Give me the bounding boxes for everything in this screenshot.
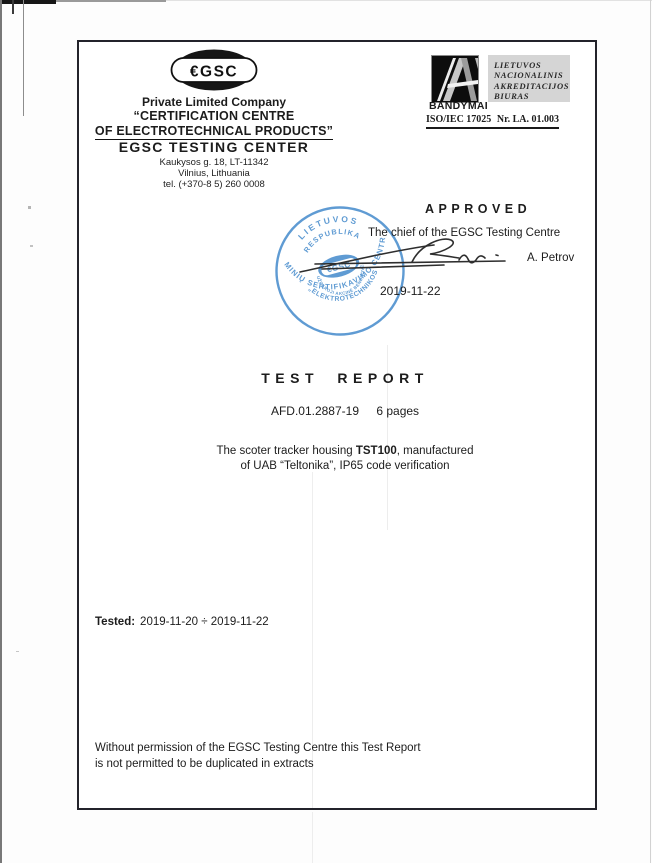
copyright-note: Without permission of the EGSC Testing C… [95, 741, 421, 772]
address-line-3: tel. (+370-8 5) 260 0008 [93, 179, 335, 190]
bandymai-label: BANDYMAI [429, 100, 488, 112]
report-title: TEST REPORT [87, 370, 603, 386]
report-number: AFD.01.2887-19 [271, 404, 359, 418]
scan-artifact-left-edge [0, 0, 2, 863]
tested-line: Tested:2019-11-20 ÷ 2019-11-22 [95, 616, 269, 628]
report-subject-line2: of UAB “Teltonika”, IP65 code verificati… [87, 459, 603, 474]
bureau-line-1: LIETUVOS [494, 60, 570, 70]
scan-artifact-gray-bar [56, 0, 166, 2]
scan-artifact-speck [28, 206, 31, 209]
scanned-page: €GSC Private Limited Company “CERTIFICAT… [0, 0, 652, 863]
scan-artifact-line [23, 0, 24, 116]
accreditation-logo-icon [431, 55, 479, 103]
scan-artifact-speck [30, 245, 33, 247]
copyright-line-2: is not permitted to be duplicated in ext… [95, 757, 421, 773]
copyright-line-1: Without permission of the EGSC Testing C… [95, 741, 421, 757]
tested-dates: 2019-11-20 ÷ 2019-11-22 [140, 616, 269, 628]
accreditation-scope-line: ISO/IEC 17025 Nr. LA. 01.003 [426, 114, 559, 129]
address-line-2: Vilnius, Lithuania [93, 168, 335, 179]
letterhead: €GSC Private Limited Company “CERTIFICAT… [93, 48, 335, 190]
scan-artifact-right-edge [650, 0, 651, 863]
approved-heading: APPROVED [425, 202, 531, 216]
report-subject-line1: The scoter tracker housing TST100, manuf… [87, 444, 603, 459]
bureau-line-2: NACIONALINIS [494, 70, 570, 80]
bureau-line-3: AKREDITACIJOS [494, 81, 570, 91]
signature-icon [292, 232, 517, 280]
company-name-line1: “CERTIFICATION CENTRE [93, 109, 335, 124]
testing-center-name: EGSC TESTING CENTER [93, 139, 335, 155]
egsc-logo-icon: €GSC [170, 48, 258, 92]
egsc-logo-text: €GSC [190, 64, 238, 81]
scan-artifact-fold-line [312, 812, 313, 863]
company-name-underlined: OF ELECTROTECHNICAL PRODUCTS” [95, 124, 333, 140]
bureau-line-4: BIURAS [494, 91, 570, 101]
scan-artifact-speck [16, 651, 19, 652]
report-pages: 6 pages [376, 404, 419, 418]
report-number-line: AFD.01.2887-19 6 pages [87, 404, 603, 418]
address-line-1: Kaukysos g. 18, LT-11342 [93, 157, 335, 168]
scan-artifact-line [12, 0, 14, 14]
report-subject: The scoter tracker housing TST100, manuf… [87, 444, 603, 474]
scan-artifact-black-bar [0, 0, 56, 4]
document-frame: €GSC Private Limited Company “CERTIFICAT… [77, 40, 597, 810]
tested-label: Tested: [95, 616, 135, 628]
product-model: TST100 [356, 445, 397, 457]
approval-date: 2019-11-22 [380, 284, 441, 298]
approver-name: A. Petrov [527, 252, 574, 264]
company-type-line: Private Limited Company [93, 95, 335, 109]
company-name-line2: OF ELECTROTECHNICAL PRODUCTS” [93, 124, 335, 138]
accreditation-bureau: LIETUVOS NACIONALINIS AKREDITACIJOS BIUR… [488, 55, 570, 102]
accreditation-number: Nr. LA. 01.003 [497, 114, 559, 125]
iso-standard: ISO/IEC 17025 [426, 114, 491, 125]
